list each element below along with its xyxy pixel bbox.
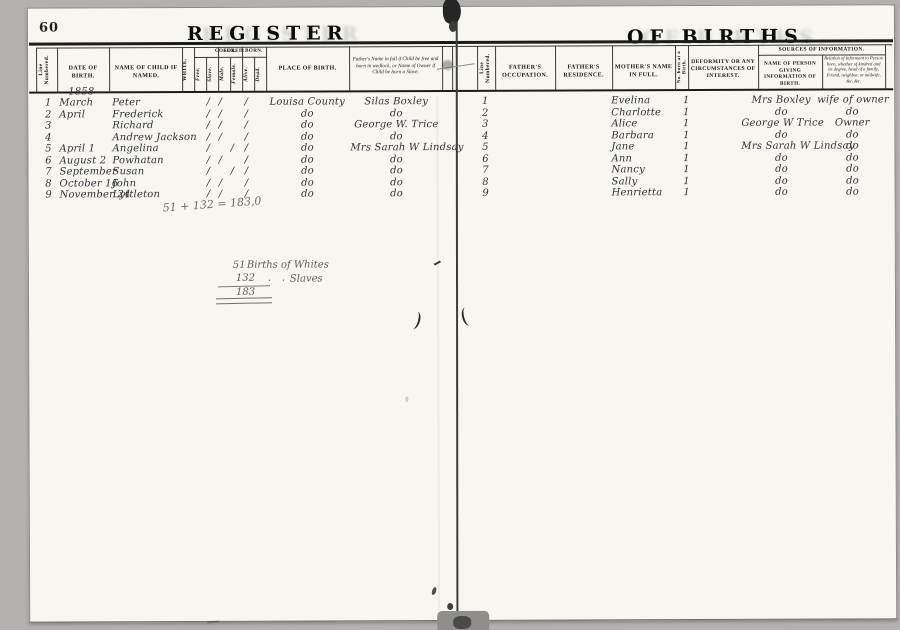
col-free: Free. (196, 59, 205, 89)
row-number: 6 (41, 155, 55, 166)
row-date: November 24 (60, 189, 112, 200)
row-number-right: 4 (478, 130, 492, 141)
row-number-right: 8 (479, 176, 493, 187)
col-white: WHITE. (183, 50, 193, 90)
row-number: 4 (41, 132, 55, 143)
row-relation: do (817, 129, 887, 140)
faint-mark (405, 396, 408, 402)
row-relation: do (817, 152, 887, 163)
col-sources-of-information: SOURCES OF INFORMATION. (759, 46, 884, 53)
row-date: April 1 (59, 143, 111, 154)
row-father-owner: do (350, 131, 442, 142)
tick-slave: ∕ (203, 177, 215, 188)
tick-slave: ∕ (202, 108, 214, 119)
row-mother: Jane (611, 141, 685, 152)
tick-male: ∕ (215, 177, 227, 188)
tick-slave: ∕ (202, 131, 214, 142)
tick-slave: ∕ (202, 120, 214, 131)
row-born-count: 1 (680, 153, 692, 164)
scan-tilt-wrapper: 60 REGISTER OF BIRTHS. Line Numbered. DA… (0, 0, 900, 630)
scanned-register-of-births: 60 REGISTER OF BIRTHS. Line Numbered. DA… (0, 0, 900, 630)
tally-slaves-count: 132 (236, 273, 255, 284)
col-place-of-birth: PLACE OF BIRTH. (267, 65, 348, 73)
col-slave: Slave. (208, 59, 217, 89)
row-place: do (266, 188, 350, 199)
row-born-count: 1 (681, 187, 693, 198)
row-born-count: 1 (680, 107, 692, 118)
col-informant-name: NAME OF PERSON GIVING INFORMATION OF BIR… (760, 61, 820, 87)
row-mother: Charlotte (611, 107, 685, 118)
col-line-numbered-left: Line Numbered. (39, 50, 55, 90)
col-born: BORN. (242, 49, 266, 55)
row-informant: do (742, 175, 822, 186)
row-father-owner: Silas Boxley (350, 96, 442, 107)
row-child-name: Lyttleton (113, 189, 185, 200)
row-child-name: Angelina (112, 143, 184, 154)
col-female: Female. (232, 59, 241, 89)
ink-mark-bottom (447, 603, 453, 610)
col-fathers-occupation: FATHER'S OCCUPATION. (496, 65, 554, 80)
row-informant: do (741, 164, 821, 175)
row-place: do (265, 154, 349, 165)
row-place: do (266, 177, 350, 188)
row-informant: do (741, 106, 821, 117)
row-number-right: 1 (478, 96, 492, 107)
col-dead: Dead. (256, 59, 265, 89)
tick-slave: ∕ (202, 97, 214, 108)
row-relation: wife of owner (817, 94, 887, 105)
tick-alive: ∕ (239, 108, 253, 119)
row-relation: do (817, 106, 887, 117)
row-date: March (59, 97, 111, 108)
row-mother: Sally (612, 176, 686, 187)
col-no-born-at-birth: No. born at a Birth. (677, 47, 687, 87)
row-child-name: Peter (112, 97, 184, 108)
tally-whites-count: 51 (233, 260, 246, 271)
tick-slave: ∕ (202, 143, 214, 154)
row-relation: do (818, 175, 888, 186)
grid-line (36, 48, 37, 92)
col-male: Male. (220, 59, 229, 89)
page-number: 60 (39, 20, 59, 35)
row-child-name: Frederick (112, 109, 184, 120)
row-father-owner: do (351, 177, 443, 188)
col-informant-relation: Relation of Informant to Person born, wh… (824, 55, 883, 84)
col-date-of-birth: DATE OF BIRTH. (58, 65, 108, 80)
row-mother: Barbara (611, 130, 685, 141)
tick-alive: ∕ (239, 166, 253, 177)
row-born-count: 1 (681, 176, 693, 187)
row-father-owner: Mrs Sarah W Lindsay (350, 142, 442, 153)
row-born-count: 1 (680, 141, 692, 152)
row-informant: George W Trice (741, 118, 821, 129)
grid-line (688, 45, 689, 89)
tick-alive: ∕ (239, 97, 253, 108)
row-father-owner: do (350, 108, 442, 119)
row-father-owner: George W. Trice (350, 119, 442, 130)
row-child-name: Susan (112, 166, 184, 177)
tick-male: ∕ (214, 154, 226, 165)
row-number: 5 (41, 144, 55, 155)
tick-male: ∕ (214, 120, 226, 131)
row-informant: do (742, 187, 822, 198)
row-place: do (265, 119, 349, 130)
tally-ditto-mark: . (282, 273, 285, 284)
tick-alive: ∕ (239, 131, 253, 142)
row-relation: Owner (817, 117, 887, 128)
tick-alive: ∕ (239, 154, 253, 165)
row-born-count: 1 (680, 118, 692, 129)
row-informant: do (741, 152, 821, 163)
row-date: August 2 (59, 155, 111, 166)
row-number: 3 (41, 121, 55, 132)
row-number-right: 3 (478, 119, 492, 130)
row-number-right: 5 (478, 142, 492, 153)
row-mother: Henrietta (612, 187, 686, 198)
row-mother: Evelina (611, 95, 685, 106)
row-child-name: John (113, 178, 185, 189)
book-spine-line (455, 8, 457, 619)
ink-smudge (442, 60, 453, 70)
row-date: April (59, 109, 111, 120)
row-relation: do (817, 163, 887, 174)
row-child-name: Powhatan (112, 155, 184, 166)
tick-alive: ∕ (239, 143, 253, 154)
row-number-right: 7 (478, 165, 492, 176)
row-father-owner: do (350, 154, 442, 165)
tick-male: ∕ (214, 108, 226, 119)
row-date: September (59, 166, 111, 177)
row-child-name: Richard (112, 120, 184, 131)
edge-mark (207, 620, 219, 623)
row-number-right: 2 (478, 107, 492, 118)
row-place: do (265, 108, 349, 119)
grid-line (349, 46, 350, 90)
tally-slaves-label: Slaves (290, 273, 323, 284)
row-number: 1 (41, 98, 55, 109)
grid-line (477, 46, 478, 90)
tick-female: ∕ (226, 166, 238, 177)
tick-female: ∕ (226, 143, 238, 154)
row-number: 8 (42, 178, 56, 189)
row-born-count: 1 (680, 95, 692, 106)
col-alive: Alive. (244, 59, 253, 89)
tick-alive: ∕ (240, 177, 254, 188)
row-number: 7 (41, 167, 55, 178)
row-place: do (265, 165, 349, 176)
col-fathers-name: Father's Name in full if Child be free a… (351, 56, 440, 76)
row-father-owner: do (351, 188, 443, 199)
row-number-right: 6 (478, 153, 492, 164)
col-mothers-name: MOTHER'S NAME IN FULL. (613, 64, 674, 79)
col-line-numbered-right: Line Numbered. (480, 48, 494, 88)
tally-ditto-mark: . (268, 273, 271, 284)
row-born-count: 1 (680, 130, 692, 141)
year-heading: 1858 (68, 86, 94, 97)
tick-alive: ∕ (239, 120, 253, 131)
tick-male: ∕ (214, 131, 226, 142)
col-fathers-residence: FATHER'S RESIDENCE. (556, 64, 611, 79)
row-father-owner: do (350, 165, 442, 176)
row-number-right: 9 (479, 188, 493, 199)
row-informant: do (741, 129, 821, 140)
binding-tape-stain (453, 616, 471, 629)
row-child-name: Andrew Jackson (112, 132, 184, 143)
tally-whites-label: Births of Whites (247, 259, 329, 270)
spine-ink-blob (449, 21, 457, 32)
grid-line (885, 44, 886, 88)
row-place: do (265, 142, 349, 153)
row-place: do (265, 131, 349, 142)
row-informant: Mrs Boxley (741, 95, 821, 106)
tick-slave: ∕ (202, 154, 214, 165)
grid-line (109, 47, 110, 91)
row-born-count: 1 (680, 164, 692, 175)
grid-line (822, 55, 823, 89)
row-number: 9 (42, 190, 56, 201)
row-mother: Alice (611, 118, 685, 129)
tally-total: 183 (236, 287, 255, 298)
col-deformity: DEFORMITY OR ANY CIRCUMSTANCES OF INTERE… (690, 59, 756, 80)
tick-slave: ∕ (202, 166, 214, 177)
row-place: Louisa County (265, 96, 349, 107)
row-relation: do (818, 186, 888, 197)
grid-line (675, 45, 676, 89)
row-mother: Nancy (611, 164, 685, 175)
row-number: 2 (41, 109, 55, 120)
row-mother: Ann (611, 153, 685, 164)
row-date: October 16 (60, 178, 112, 189)
col-sex: SEX. (218, 49, 242, 55)
row-informant: Mrs Sarah W Lindsay (741, 141, 821, 152)
col-name-of-child: NAME OF CHILD IF NAMED. (111, 65, 181, 80)
tick-male: ∕ (214, 97, 226, 108)
row-relation: do (817, 140, 887, 151)
